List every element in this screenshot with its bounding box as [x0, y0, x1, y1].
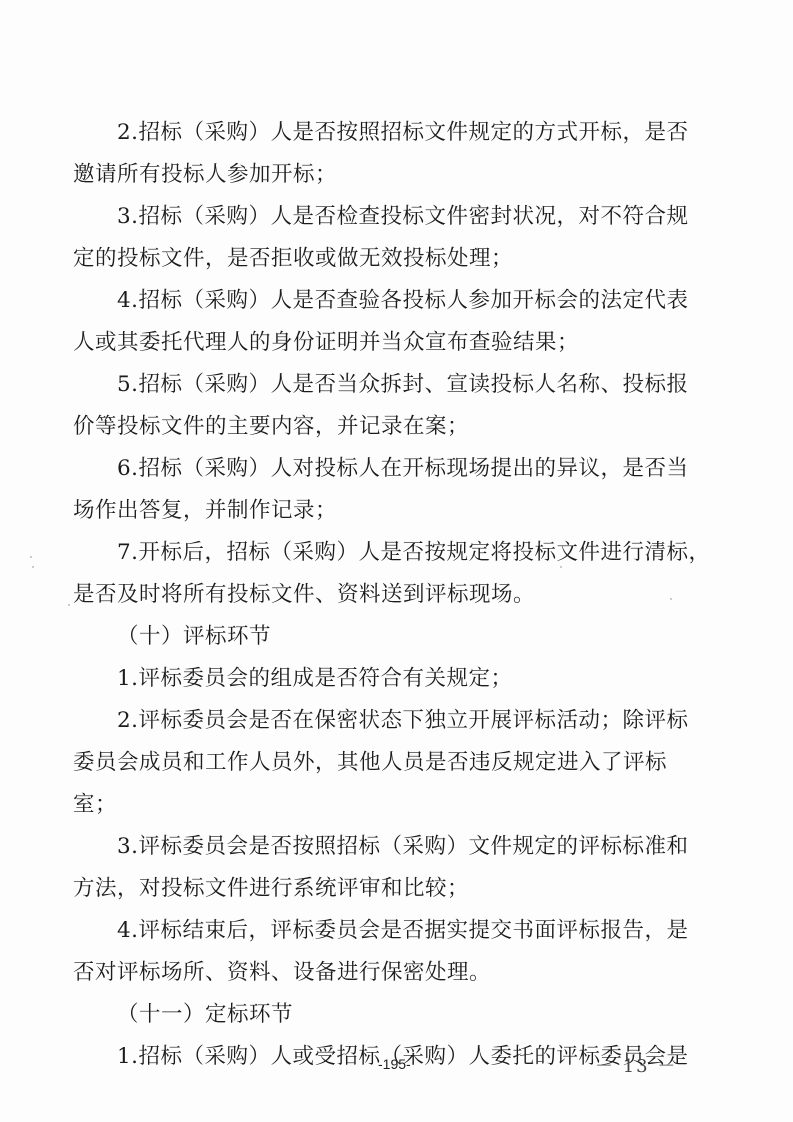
page-number: － 13 －	[595, 1052, 677, 1078]
paragraph-line: 邀请所有投标人参加开标；	[73, 160, 337, 190]
paragraph-line: 3.招标（采购）人是否检查投标文件密封状况，对不符合规	[117, 202, 689, 232]
scan-speck	[68, 604, 70, 606]
paragraph-line: 场作出答复，并制作记录；	[73, 496, 337, 526]
scan-speck	[30, 556, 32, 558]
paragraph-line: 否对评标场所、资料、设备进行保密处理。	[73, 958, 491, 988]
section-heading-award: （十一）定标环节	[117, 1000, 293, 1030]
paragraph-line: 1.评标委员会的组成是否符合有关规定；	[117, 664, 513, 694]
scan-speck	[670, 598, 672, 600]
paragraph-line: 方法，对投标文件进行系统评审和比较；	[73, 874, 469, 904]
paragraph-line: 定的投标文件，是否拒收或做无效投标处理；	[73, 244, 513, 274]
paragraph-line: 3.评标委员会是否按照招标（采购）文件规定的评标标准和	[117, 832, 689, 862]
paragraph-line: 2.招标（采购）人是否按照招标文件规定的方式开标，是否	[117, 118, 689, 148]
page-number-original: -195-	[378, 1056, 411, 1072]
paragraph-line: 室；	[73, 790, 117, 820]
paragraph-line: 6.招标（采购）人对投标人在开标现场提出的异议，是否当	[117, 454, 689, 484]
paragraph-line: 5.招标（采购）人是否当众拆封、宣读投标人名称、投标报	[117, 370, 689, 400]
paragraph-line: 2.评标委员会是否在保密状态下独立开展评标活动；除评标	[117, 706, 689, 736]
scan-speck	[560, 566, 562, 568]
paragraph-line: 人或其委托代理人的身份证明并当众宣布查验结果；	[73, 328, 579, 358]
section-heading-evaluation: （十）评标环节	[117, 622, 271, 652]
paragraph-line: 4.招标（采购）人是否查验各投标人参加开标会的法定代表	[117, 286, 689, 316]
paragraph-line: 7.开标后，招标（采购）人是否按规定将投标文件进行清标，	[117, 538, 711, 568]
scan-speck	[32, 566, 34, 568]
paragraph-line: 是否及时将所有投标文件、资料送到评标现场。	[73, 580, 535, 610]
paragraph-line: 4.评标结束后，评标委员会是否据实提交书面评标报告，是	[117, 916, 689, 946]
paragraph-line: 价等投标文件的主要内容，并记录在案；	[73, 412, 469, 442]
paragraph-line: 委员会成员和工作人员外，其他人员是否违反规定进入了评标	[73, 748, 667, 778]
